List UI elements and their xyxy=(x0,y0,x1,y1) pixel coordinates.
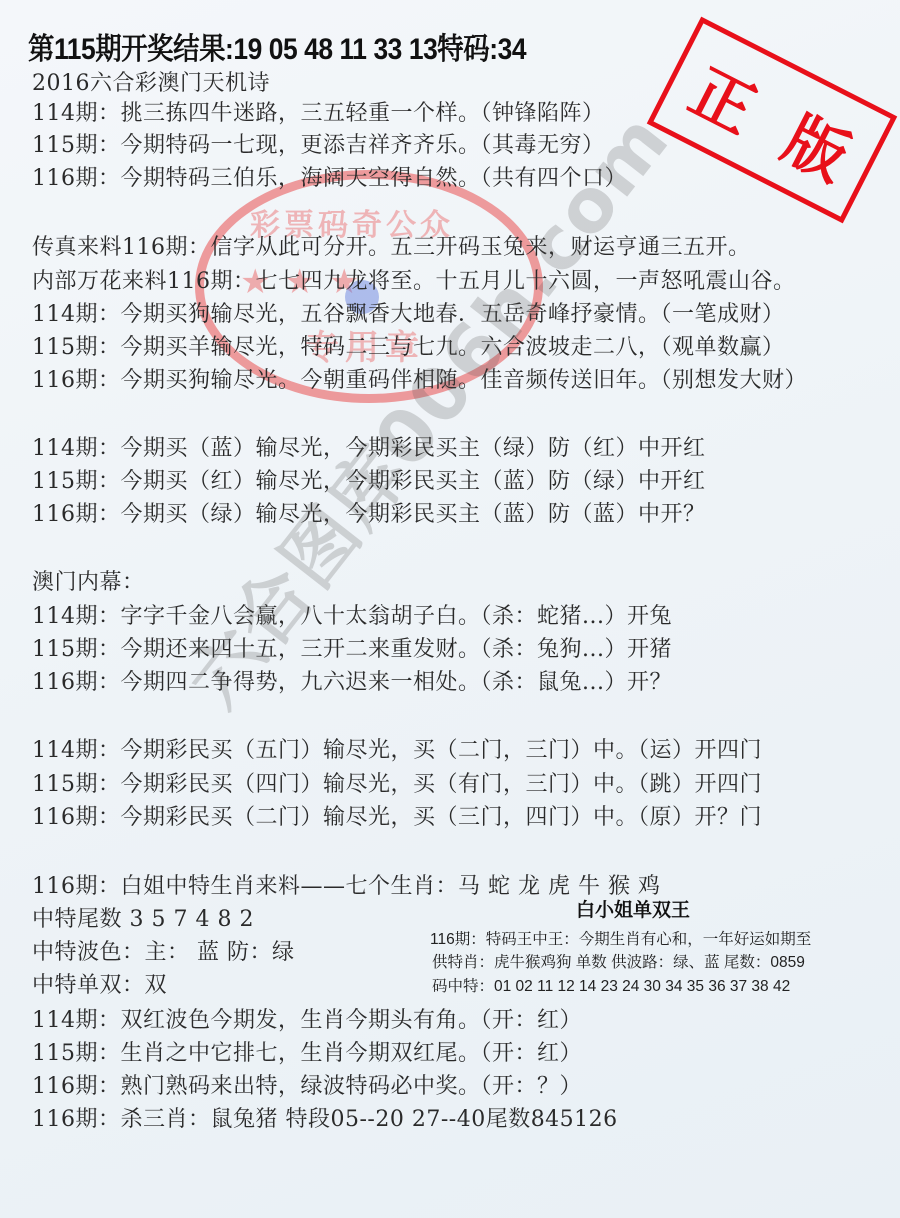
tail-numbers: 中特尾数 3 5 7 4 8 2 xyxy=(32,902,254,933)
final-line: 114期：双红波色今期发，生肖今期头有角。（开：红） xyxy=(32,1003,582,1034)
stamp-char-zheng: 正 xyxy=(677,42,773,149)
stamp-char-ban: 版 xyxy=(771,90,867,197)
miss-bai-line: 码中特：01 02 11 12 14 23 24 30 34 35 36 37 … xyxy=(432,974,790,996)
final-line: 116期：杀三肖：鼠兔猪 特段05--20 27--40尾数845126 xyxy=(32,1102,618,1133)
fax-line: 114期：今期买狗输尽光，五谷飘香大地春．五岳奇峰抒豪情。（一笔成财） xyxy=(32,297,785,328)
door-line: 115期：今期彩民买（四门）输尽光，买（有门，三门）中。（跳）开四门 xyxy=(32,767,762,798)
fax-line: 传真来料116期：信字从此可分开。五三开码玉兔来，财运亨通三五开。 xyxy=(32,230,751,261)
macau-inside-title: 澳门内幕： xyxy=(32,565,145,596)
draw-result-headline: 第115期开奖结果:19 05 48 11 33 13特码:34 xyxy=(28,24,526,68)
miss-bai-line: 116期：特码王中王：今期生肖有心和，一年好运如期至 xyxy=(430,927,811,949)
macau-inside-line: 114期：字字千金八会赢，八十太翁胡子白。（杀：蛇猪...）开兔 xyxy=(32,599,672,630)
macau-inside-line: 116期：今期四二争得势，九六迟来一相处。（杀：鼠兔...）开？ xyxy=(32,665,672,696)
poem-title: 2016六合彩澳门天机诗 xyxy=(32,66,270,97)
miss-bai-title: 白小姐单双王 xyxy=(576,895,690,922)
zodiac-line: 116期：白姐中特生肖来料——七个生肖：马 蛇 龙 虎 牛 猴 鸡 xyxy=(32,869,660,900)
miss-bai-line: 供特肖：虎牛猴鸡狗 单数 供波路：绿、蓝 尾数：0859 xyxy=(432,950,805,972)
macau-inside-line: 115期：今期还来四十五，三开二来重发财。（杀：兔狗...）开猪 xyxy=(32,632,672,663)
door-line: 114期：今期彩民买（五门）输尽光，买（二门，三门）中。（运）开四门 xyxy=(32,733,762,764)
fax-line: 内部万花来料116期：七七四九龙将至。十五月儿十六圆，一声怒吼震山谷。 xyxy=(32,264,796,295)
poem-line: 115期：今期特码一七现，更添吉祥齐齐乐。（其毒无穷） xyxy=(32,128,605,159)
final-line: 116期：熟门熟码来出特，绿波特码必中奖。（开：？） xyxy=(32,1069,582,1100)
odd-even: 中特单双：双 xyxy=(32,968,167,999)
final-line: 115期：生肖之中它排七，生肖今期双红尾。（开：红） xyxy=(32,1036,582,1067)
wave-color: 中特波色：主： 蓝 防：绿 xyxy=(32,935,295,966)
door-line: 116期：今期彩民买（二门）输尽光，买（三门，四门）中。（原）开？门 xyxy=(32,800,762,831)
authentic-edition-stamp: 正 版 xyxy=(647,17,898,224)
poem-line: 114期：挑三拣四牛迷路，三五轻重一个样。（钟锋陷阵） xyxy=(32,96,605,127)
